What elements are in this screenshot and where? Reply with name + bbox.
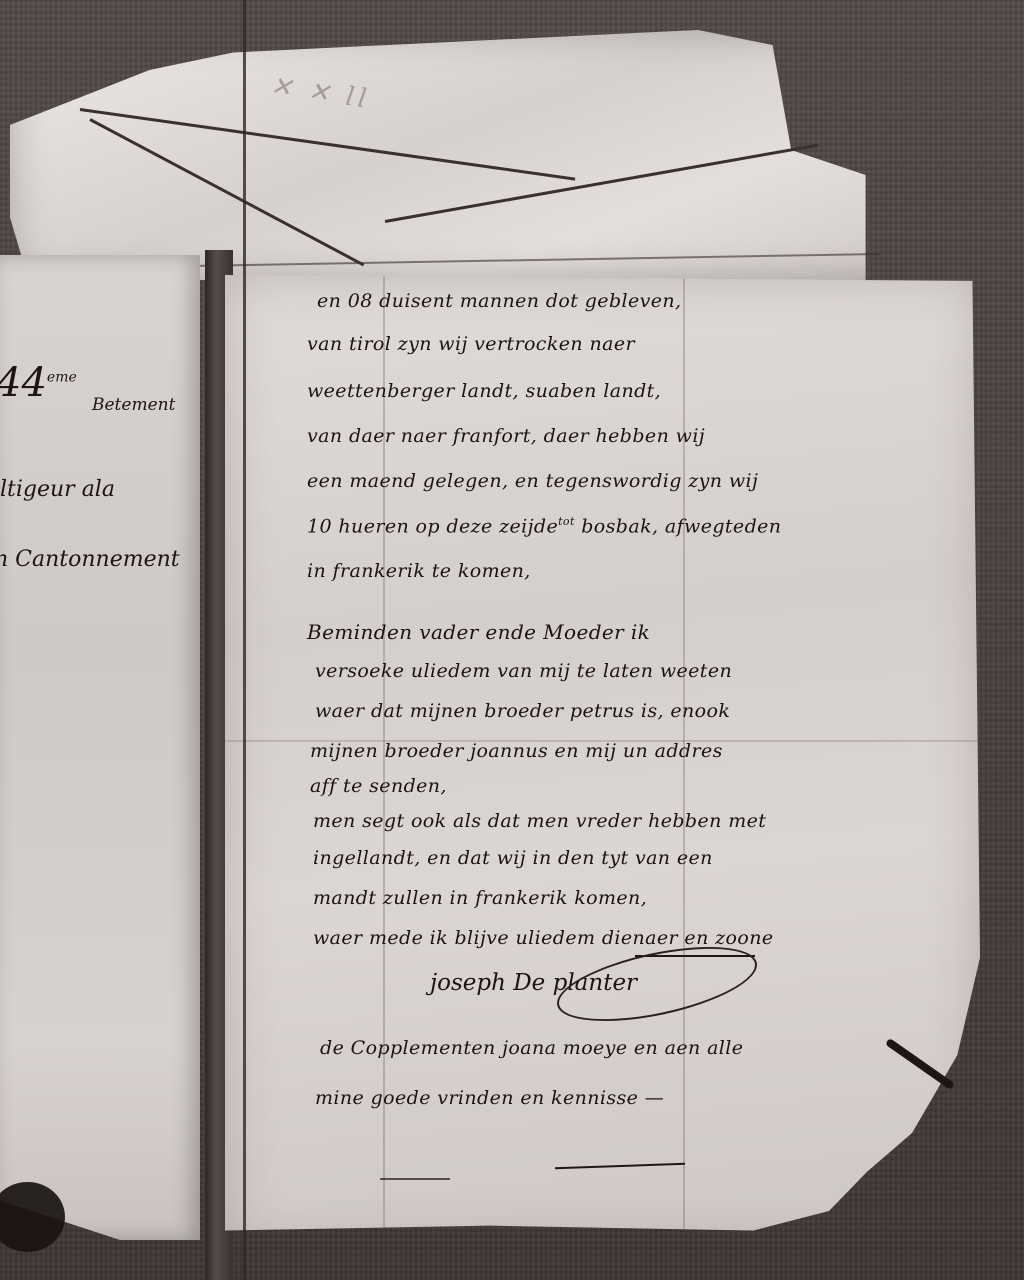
letter-line: van tirol zyn wij vertrocken naer [307, 333, 635, 355]
letter-line: een maend gelegen, en tegenswordig zyn w… [307, 470, 758, 492]
letter-photograph: ✕ ✕ ll 44eme Betement ltigeur ala n Cant… [0, 0, 1024, 1280]
letter-line: men segt ook als dat men vreder hebben m… [313, 810, 766, 832]
left-folded-page: 44eme Betement ltigeur ala n Cantonnemen… [0, 255, 200, 1240]
fold-line [683, 275, 685, 1250]
envelope-flap [10, 30, 940, 280]
letter-line: waer mede ik blijve uliedem dienaer en z… [313, 927, 774, 949]
left-page-line: Betement [92, 395, 175, 415]
flourish-line [380, 1178, 450, 1180]
letter-line: en 08 duisent mannen dot gebleven, [317, 290, 681, 312]
letter-line: 10 hueren op deze zeijdetot bosbak, afwe… [307, 515, 781, 537]
left-page-line: ltigeur ala [0, 477, 115, 502]
letter-line: de Copplementen joana moeye en aen alle [320, 1037, 743, 1059]
letter-line: in frankerik te komen, [307, 560, 531, 582]
letter-line: mandt zullen in frankerik komen, [313, 887, 647, 909]
letter-line: versoeke uliedem van mij te laten weeten [315, 660, 732, 682]
letter-line: van daer naer franfort, daer hebben wij [307, 425, 705, 447]
letter-line: mine goede vrinden en kennisse — [315, 1087, 664, 1109]
flourish-line [555, 1163, 685, 1170]
left-page-line: 44eme [0, 360, 77, 406]
left-page-line: n Cantonnement [0, 547, 180, 572]
letter-line: aff te senden, [310, 775, 447, 797]
letter-line: Beminden vader ende Moeder ik [307, 620, 650, 644]
letter-line: weettenberger landt, suaben landt, [307, 380, 661, 402]
letter-page: en 08 duisent mannen dot gebleven, van t… [225, 275, 980, 1250]
photo-edge-line [243, 0, 246, 1280]
letter-line: waer dat mijnen broeder petrus is, enook [315, 700, 730, 722]
letter-line: mijnen broeder joannus en mij un addres [310, 740, 723, 762]
letter-line: ingellandt, en dat wij in den tyt van ee… [313, 847, 713, 869]
wax-seal-remnant [0, 1182, 65, 1252]
